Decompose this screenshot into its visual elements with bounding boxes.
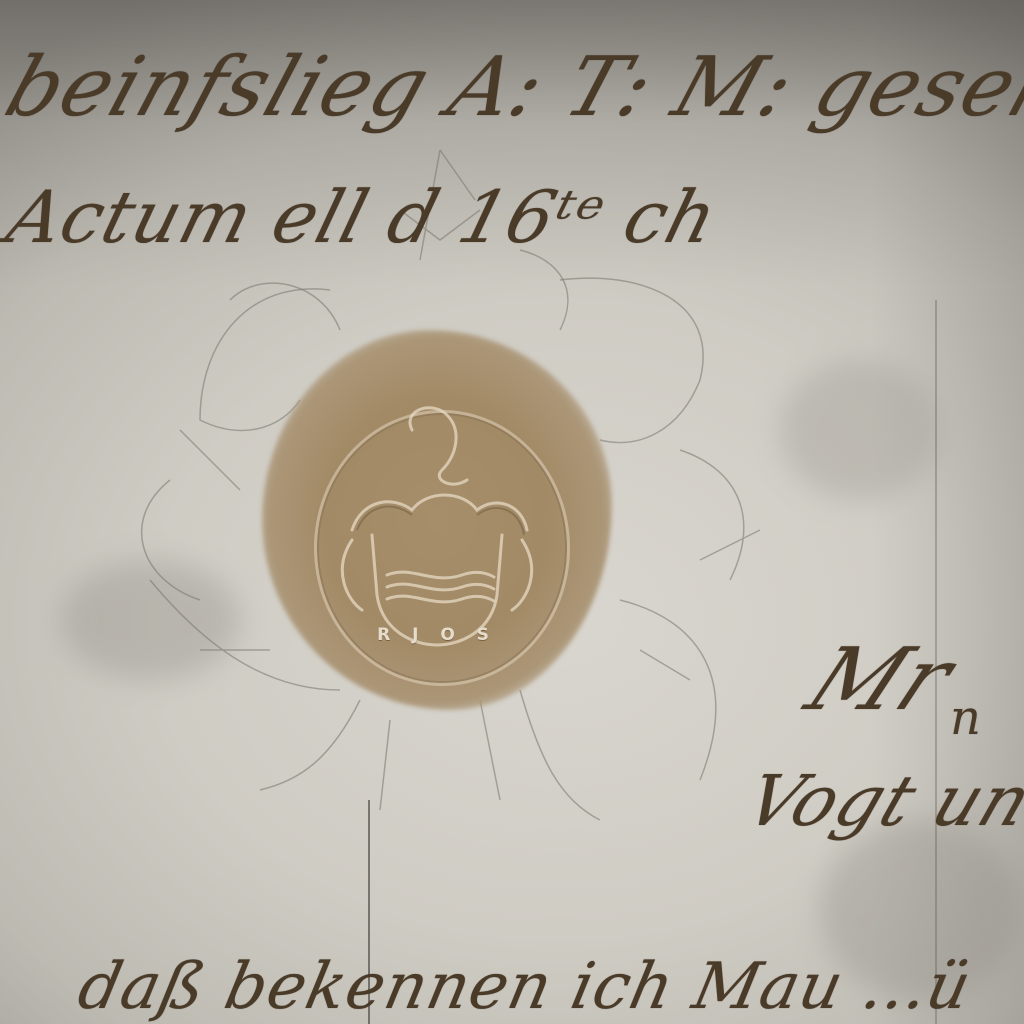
handwritten-bottom-line: daß bekennen ich Mau ...ü	[72, 950, 978, 1024]
paper-seal: R J O S	[262, 330, 612, 710]
margin-note-3: Vogt und	[735, 760, 1024, 842]
seal-legend: R J O S	[262, 625, 612, 645]
coat-of-arms-icon	[262, 330, 612, 710]
handwritten-line-2: Actum ell d 16ᵗᵉ ch	[0, 175, 726, 259]
margin-note-2: n	[950, 690, 982, 746]
handwritten-line-1: beinfslieg A: T: M: geseh	[0, 40, 1024, 135]
